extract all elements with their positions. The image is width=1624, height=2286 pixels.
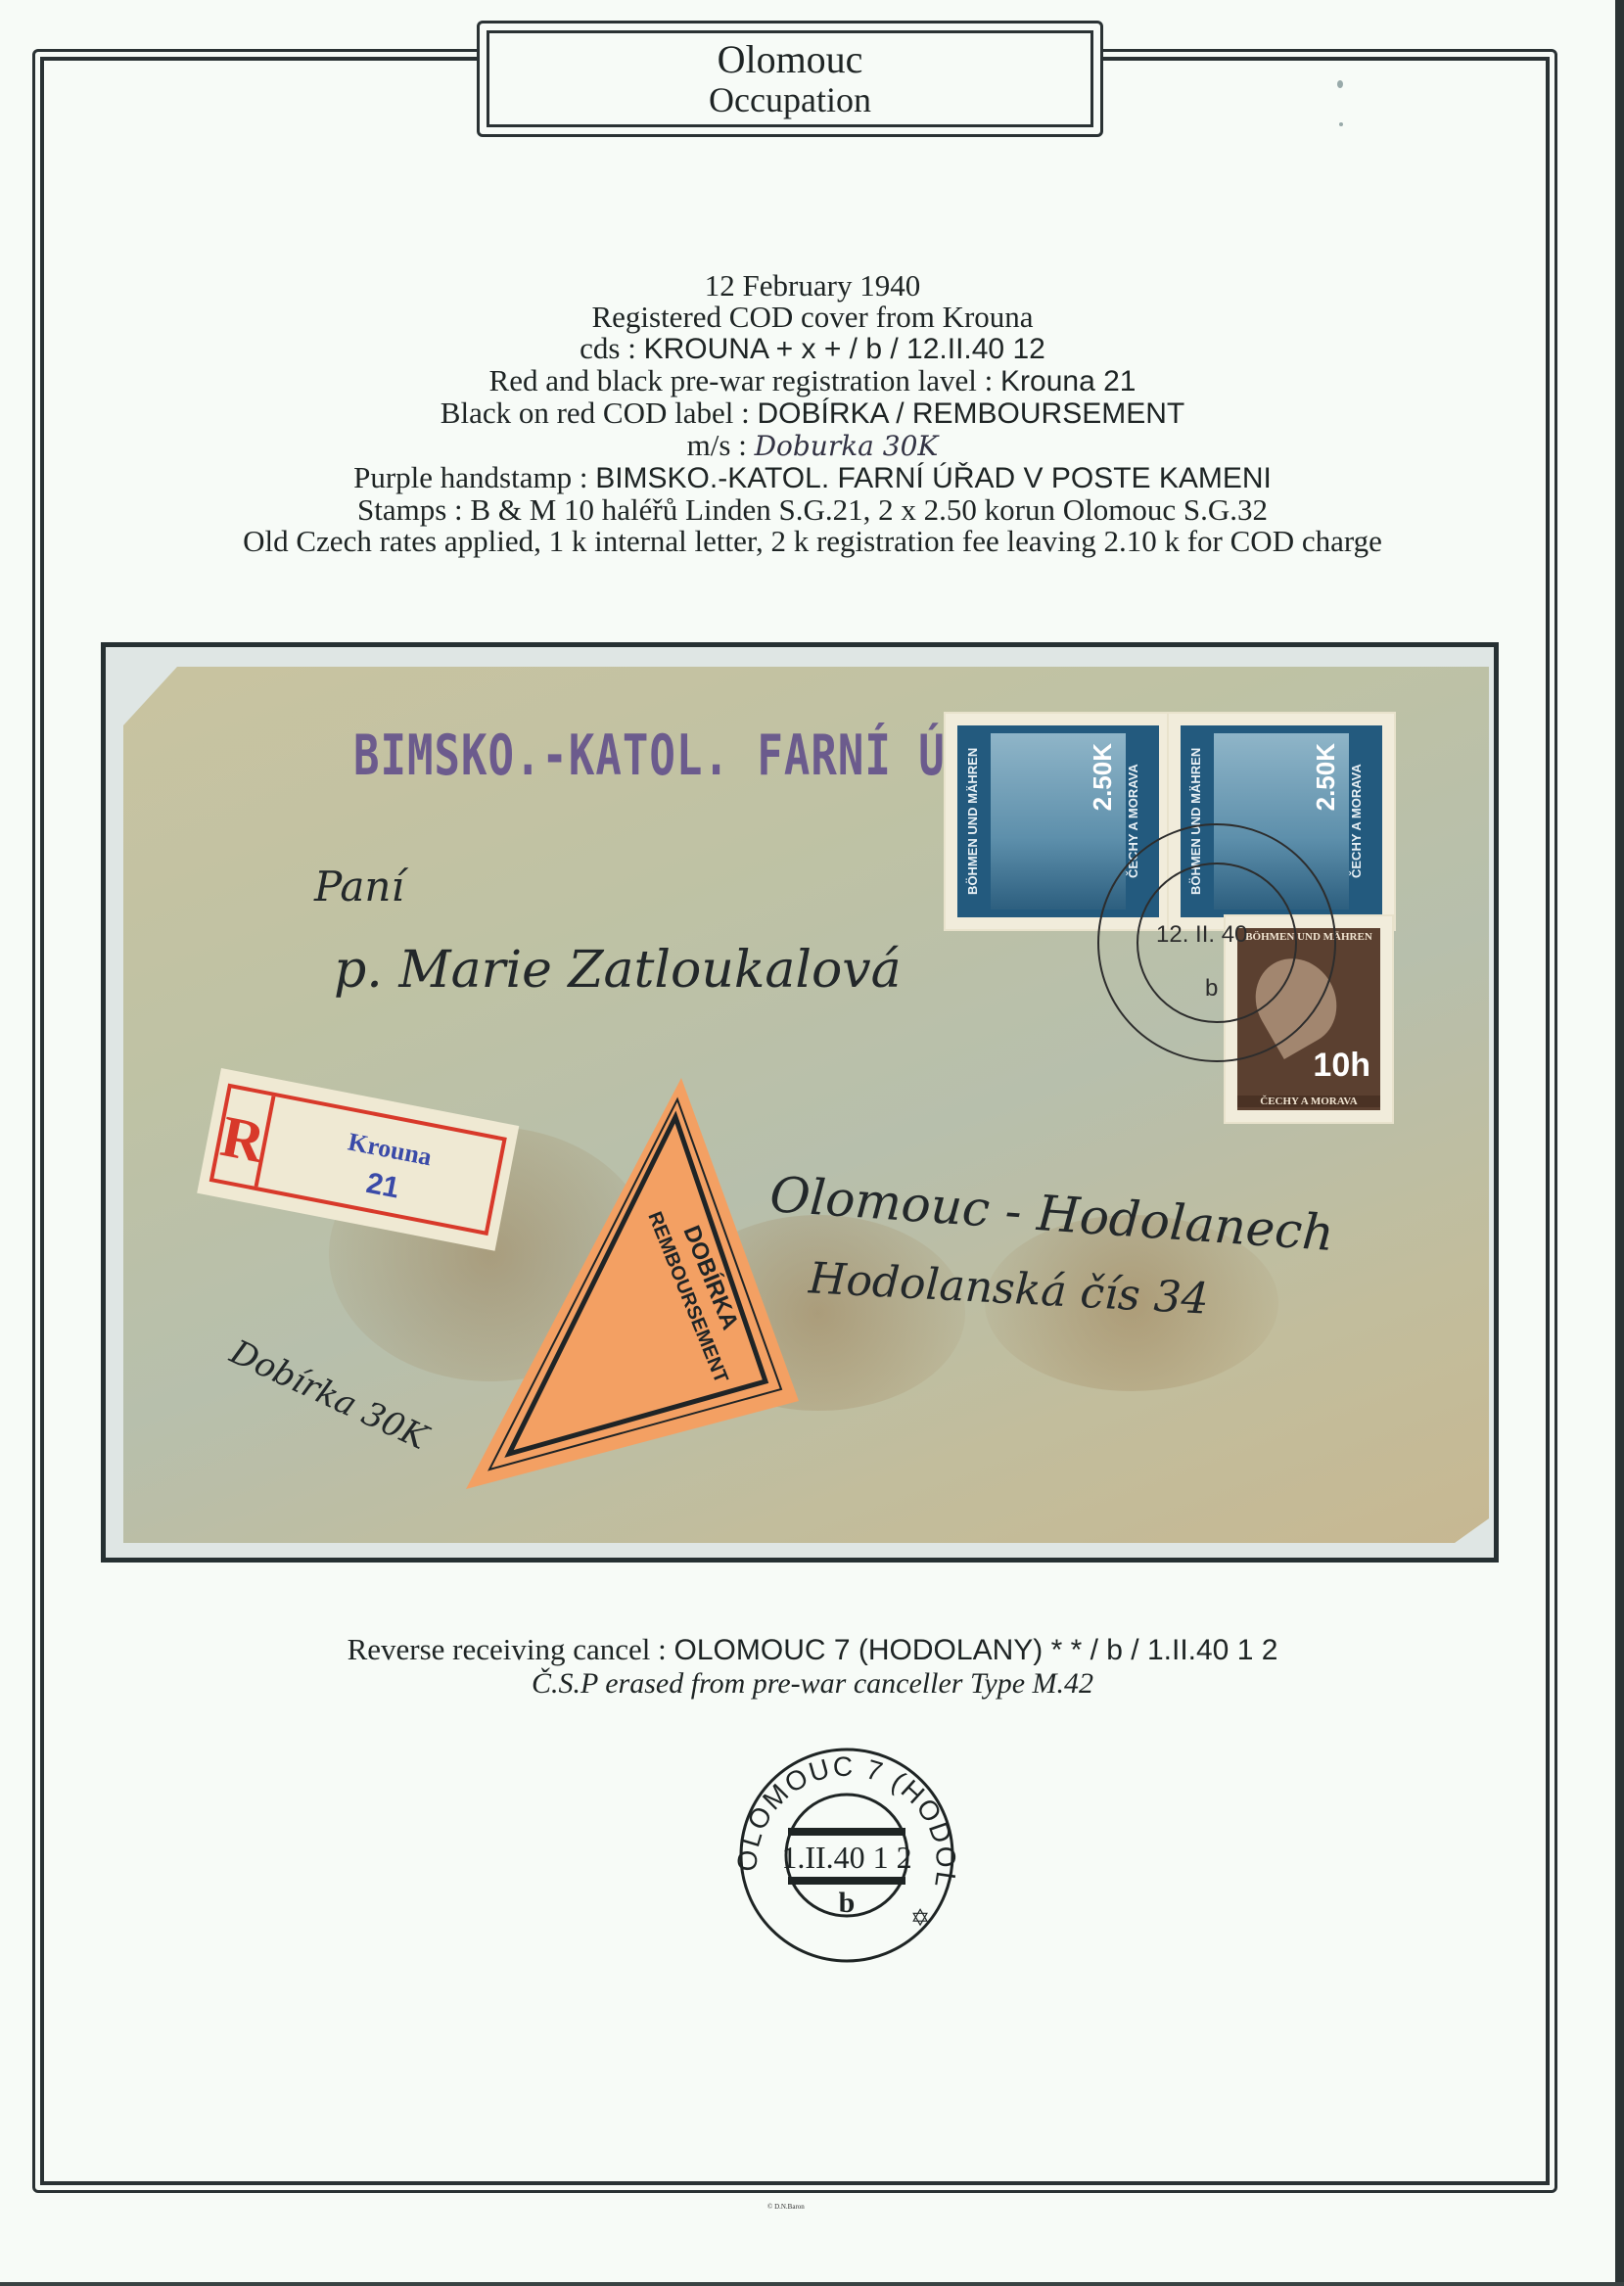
stamp-country: ČECHY A MORAVA <box>1349 733 1374 910</box>
title-box-inner: Olomouc Occupation <box>487 30 1093 127</box>
cod-label-value: DOBÍRKA / REMBOURSEMENT <box>757 397 1184 430</box>
ms-value: Doburka 30K <box>755 430 939 462</box>
handstamp-line: Purple handstamp : BIMSKO.-KATOL. FARNÍ … <box>59 462 1566 494</box>
cover-date: 12 February 1940 <box>59 270 1566 302</box>
reverse-note: Č.S.P erased from pre-war canceller Type… <box>59 1667 1566 1701</box>
cover-subtitle: Registered COD cover from Krouna <box>59 302 1566 333</box>
registration-label-border: R Krouna 21 <box>209 1084 507 1236</box>
rates-line: Old Czech rates applied, 1 k internal le… <box>59 526 1566 557</box>
stamp-country: BÖHMEN UND MÄHREN <box>965 733 991 910</box>
cod-line: Black on red COD label : DOBÍRKA / REMBO… <box>59 397 1566 430</box>
reverse-line: Reverse receiving cancel : OLOMOUC 7 (HO… <box>59 1633 1566 1667</box>
svg-text:b: b <box>839 1887 856 1919</box>
reverse-value: OLOMOUC 7 (HODOLANY) * * / b / 1.II.40 1… <box>674 1634 1278 1666</box>
registration-label: Red and black pre-war registration lavel… <box>489 363 1001 397</box>
svg-text:✡: ✡ <box>910 1906 930 1932</box>
registration-r-mark: R <box>213 1088 275 1187</box>
registration-line: Red and black pre-war registration lavel… <box>59 365 1566 397</box>
page-subtitle: Occupation <box>709 80 871 119</box>
handstamp-label: Purple handstamp : <box>353 460 595 494</box>
stamp-value: 2.50K <box>1088 743 1118 811</box>
cds-line: cds : KROUNA + x + / b / 12.II.40 12 <box>59 333 1566 365</box>
cover-photo-frame: BIMSKO.-KATOL. FARNÍ ÚŘAD V POSTE KAM BÖ… <box>101 642 1499 1563</box>
registration-value: Krouna 21 <box>1000 365 1136 397</box>
scan-speck <box>1337 80 1343 88</box>
ms-label: m/s : <box>687 428 755 462</box>
address-name: p. Marie Zatloukalová <box>334 941 902 1000</box>
page-title: Olomouc <box>718 39 863 80</box>
cds-value: KROUNA + x + / b / 12.II.40 12 <box>644 333 1045 365</box>
scan-edge <box>0 2282 1624 2286</box>
reverse-cancel-description: Reverse receiving cancel : OLOMOUC 7 (HO… <box>59 1633 1566 1701</box>
reverse-label: Reverse receiving cancel : <box>348 1632 674 1666</box>
cod-label-label: Black on red COD label : <box>441 396 758 430</box>
cds-label: cds : <box>580 331 643 365</box>
ms-line: m/s : Doburka 30K <box>59 430 1566 462</box>
postmark-date: 12. II. 40 <box>1156 921 1247 949</box>
scan-edge <box>1615 0 1624 2286</box>
cod-triangle-label: DOBÍRKA REMBOURSEMENT <box>466 1078 799 1489</box>
handstamp-value: BIMSKO.-KATOL. FARNÍ ÚŘAD V POSTE KAMENI <box>595 462 1272 494</box>
postmark-letter: b <box>1205 975 1218 1003</box>
title-box: Olomouc Occupation <box>477 21 1103 137</box>
stamp-value: 2.50K <box>1311 743 1341 811</box>
envelope: BIMSKO.-KATOL. FARNÍ ÚŘAD V POSTE KAM BÖ… <box>123 667 1489 1543</box>
svg-text:1.II.40 1 2: 1.II.40 1 2 <box>781 1840 911 1875</box>
address-salutation: Paní <box>314 863 404 910</box>
stamp-country: ČECHY A MORAVA <box>1237 1096 1380 1107</box>
stamps-line: Stamps : B & M 10 haléřů Linden S.G.21, … <box>59 494 1566 526</box>
cover-description: 12 February 1940 Registered COD cover fr… <box>59 270 1566 557</box>
stamp-value: 10h <box>1313 1047 1370 1085</box>
copyright: © D.N.Baron <box>767 2203 805 2211</box>
scan-speck <box>1339 122 1343 126</box>
cancel-illustration: OLOMOUC 7 (HODOLANY) 1.II.40 1 2 b ✡ <box>719 1738 974 1963</box>
